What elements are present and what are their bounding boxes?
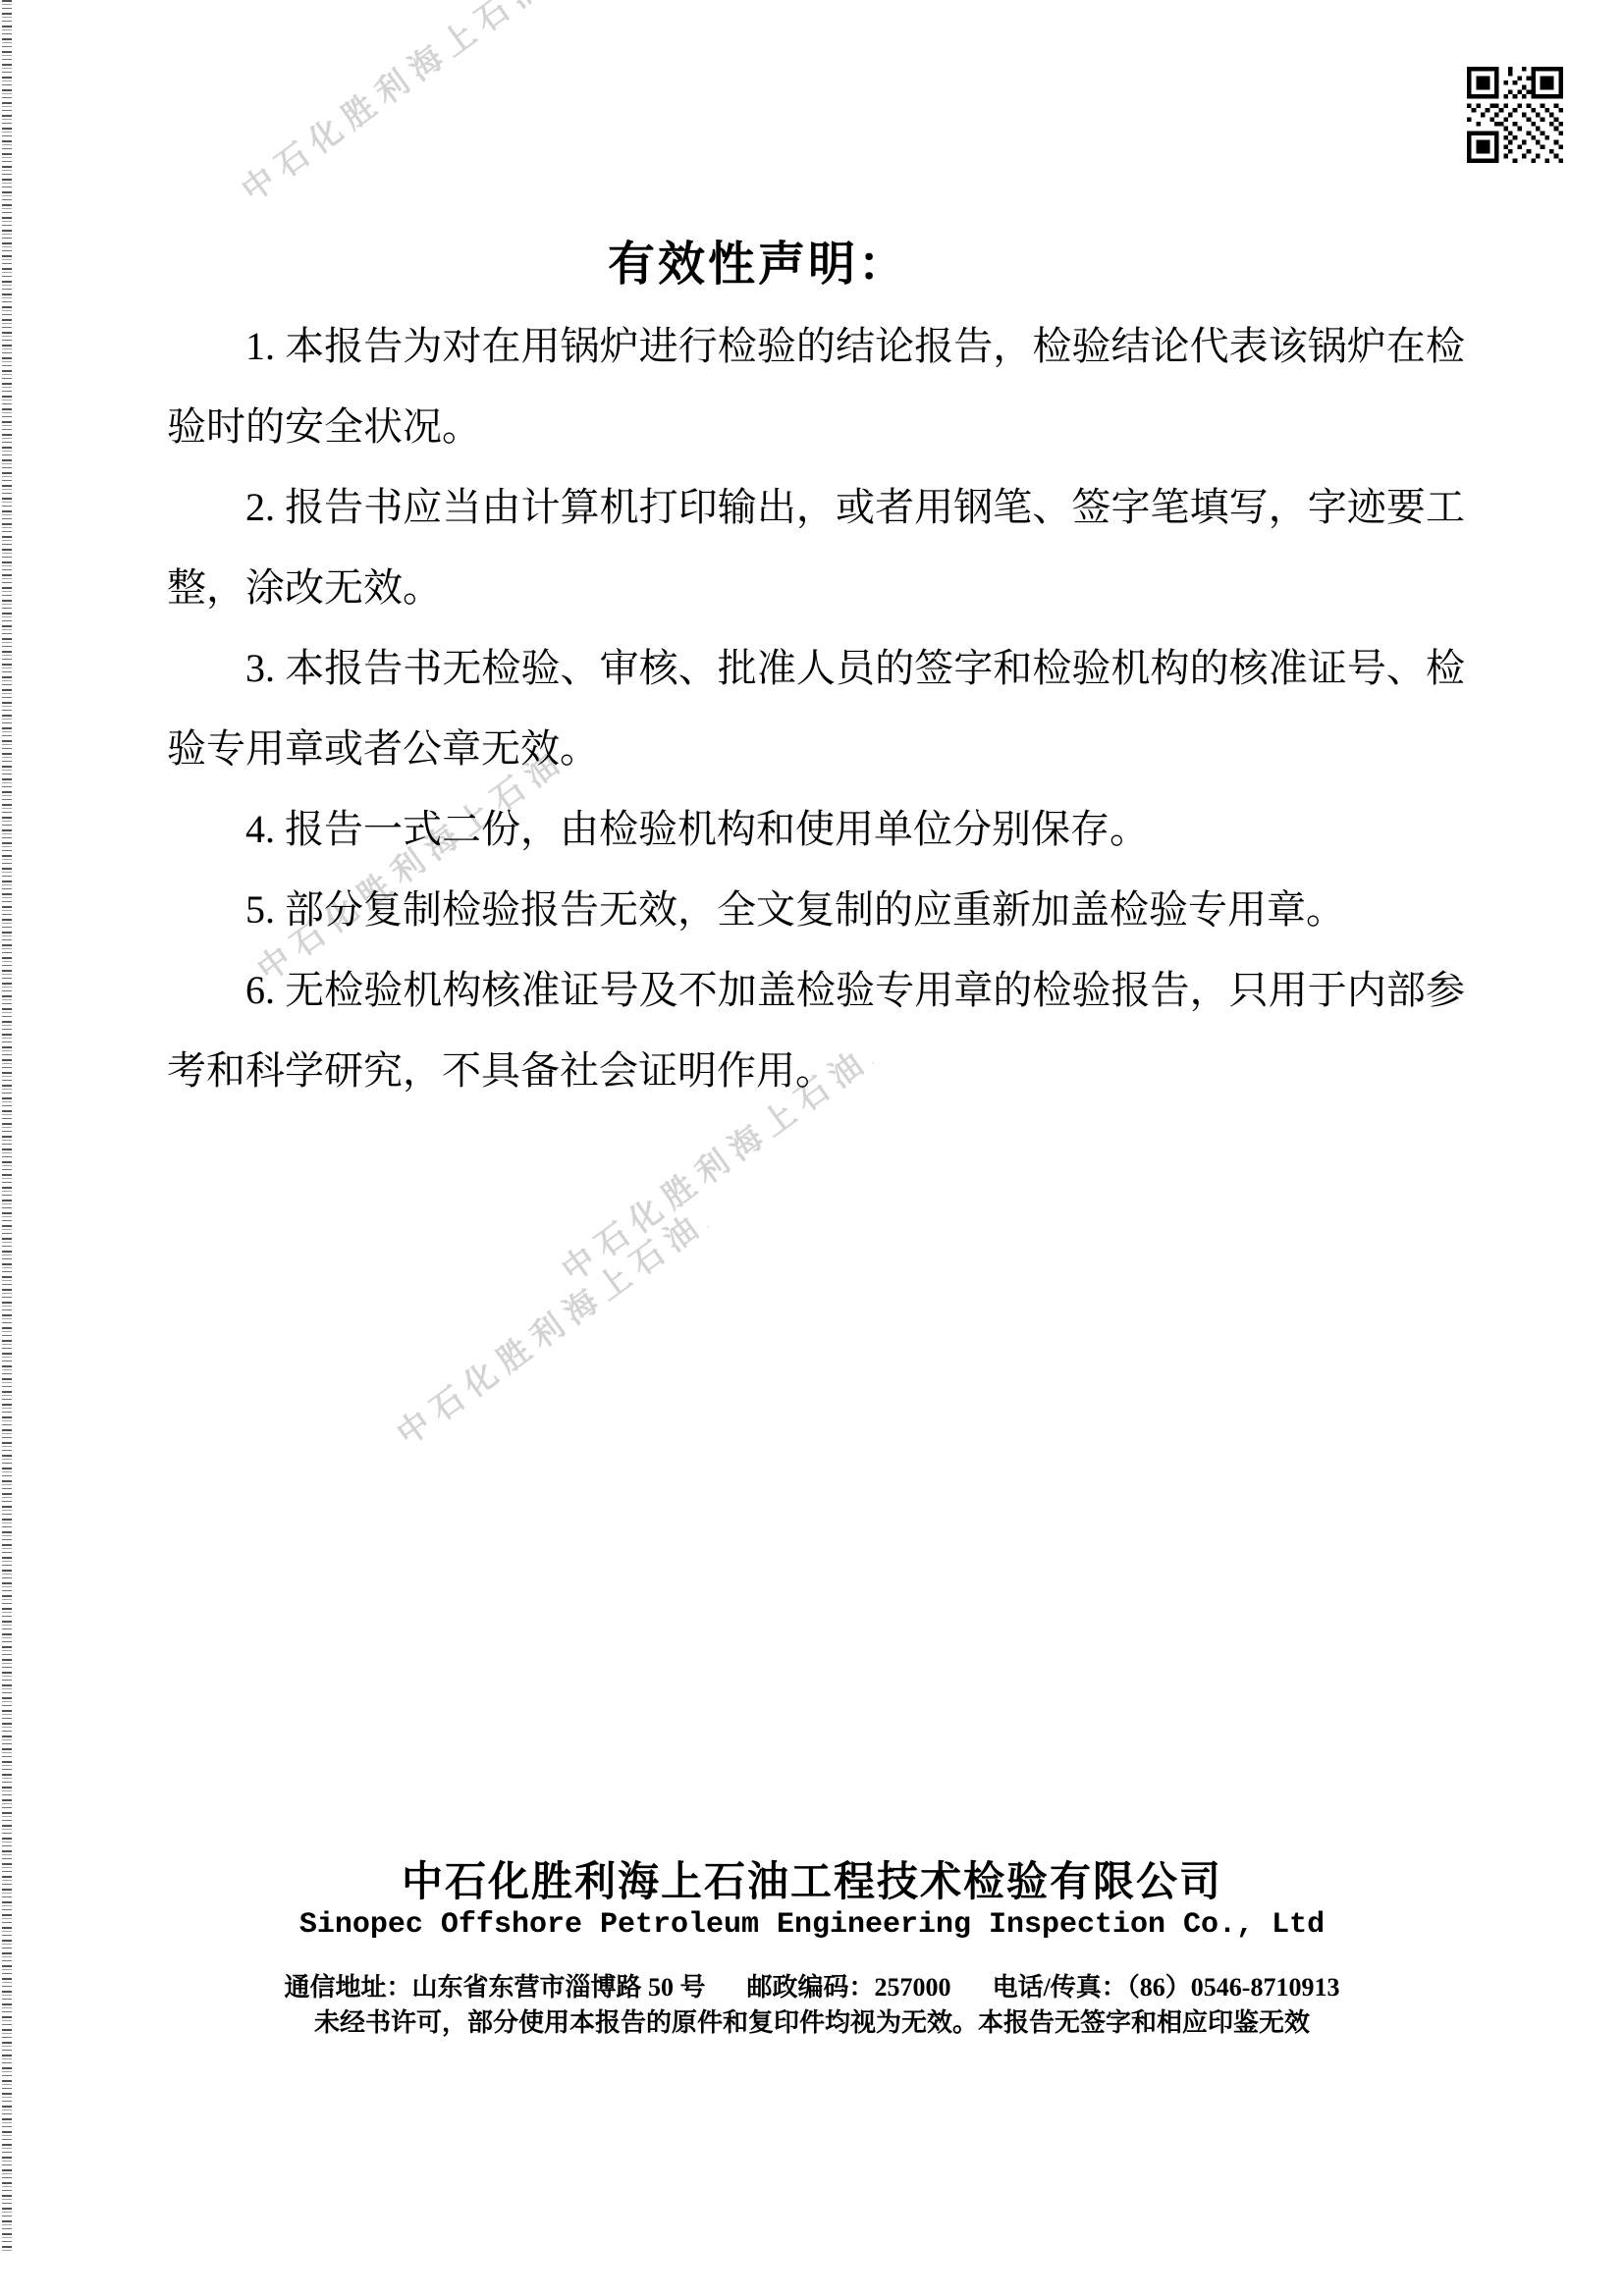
statement-list: 1. 本报告为对在用锅炉进行检验的结论报告，检验结论代表该锅炉在检验时的安全状况…	[167, 306, 1465, 1111]
phone-fax: 电话/传真：（86）0546-8710913	[993, 1971, 1340, 2004]
contact-line: 通信地址：山东省东营市淄博路 50 号 邮政编码：257000 电话/传真：（8…	[0, 1971, 1624, 2004]
watermark-text: 中石化胜利海上石油工程技术检验有限公司	[390, 1198, 714, 1452]
statement-item-2: 2. 报告书应当由计算机打印输出，或者用钢笔、签字笔填写，字迹要工整，涂改无效。	[167, 467, 1465, 628]
statement-item-4: 4. 报告一式二份，由检验机构和使用单位分别保存。	[167, 789, 1465, 870]
mailing-address: 通信地址：山东省东营市淄博路 50 号	[285, 1971, 706, 2004]
watermark-fragment: 中石化胜利海上石油工程技术检验有限公司	[231, 0, 559, 210]
statement-item-3: 3. 本报告书无检验、审核、批准人员的签字和检验机构的核准证号、检验专用章或者公…	[167, 628, 1465, 789]
footer: 中石化胜利海上石油工程技术检验有限公司 Sinopec Offshore Pet…	[0, 1857, 1624, 2040]
watermark-fragment: 中石化胜利海上石油工程技术检验有限公司	[386, 1198, 714, 1454]
qr-code	[1467, 67, 1563, 163]
scanned-document-page: 中石化胜利海上石油工程技术检验有限公司 中石化胜利海上石油工程技术检验有限公司 …	[0, 0, 1624, 2296]
company-name-en: Sinopec Offshore Petroleum Engineering I…	[0, 1906, 1624, 1944]
page-title: 有效性声明：	[0, 226, 1516, 294]
statement-item-1: 1. 本报告为对在用锅炉进行检验的结论报告，检验结论代表该锅炉在检验时的安全状况…	[167, 306, 1465, 467]
statement-item-6: 6. 无检验机构核准证号及不加盖检验专用章的检验报告，只用于内部参考和科学研究，…	[167, 950, 1465, 1111]
watermark-text: 中石化胜利海上石油工程技术检验有限公司	[235, 0, 559, 208]
statement-item-5: 5. 部分复制检验报告无效，全文复制的应重新加盖检验专用章。	[167, 870, 1465, 950]
copy-disclaimer: 未经书许可，部分使用本报告的原件和复印件均视为无效。本报告无签字和相应印鉴无效	[0, 2006, 1624, 2040]
postal-code: 邮政编码：257000	[747, 1971, 951, 2004]
company-name-cn: 中石化胜利海上石油工程技术检验有限公司	[0, 1857, 1624, 1906]
